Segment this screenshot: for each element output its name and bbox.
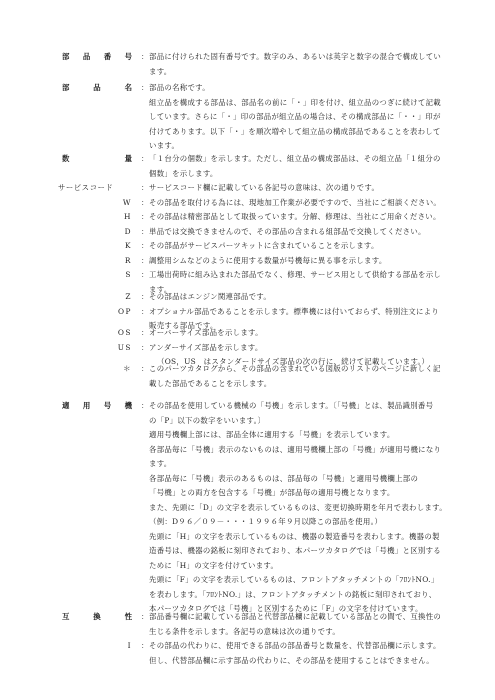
description: サービスコード欄に記載している各記号の意味は、次の通りです。 bbox=[149, 181, 484, 196]
code-label: OP bbox=[118, 305, 132, 320]
colon: ： bbox=[141, 239, 148, 254]
code-label: S bbox=[125, 268, 132, 283]
code-label: W bbox=[123, 196, 132, 211]
term-quantity: 数 量 bbox=[62, 152, 132, 167]
colon: ： bbox=[141, 50, 148, 65]
term-part-number: 部 品 番 号 bbox=[62, 50, 132, 65]
colon: ： bbox=[141, 399, 148, 414]
asterisk-marker: ＊ bbox=[123, 362, 132, 377]
colon: ： bbox=[141, 341, 148, 356]
code-label: US bbox=[118, 341, 132, 356]
term-part-name: 部 品 名 bbox=[62, 81, 132, 96]
colon: ： bbox=[141, 81, 148, 96]
code-label: H bbox=[124, 210, 132, 225]
colon: ： bbox=[141, 196, 148, 211]
code-label: OS bbox=[118, 326, 132, 341]
code-label: K bbox=[125, 239, 132, 254]
term-applicable-serial: 適 用 号 機 bbox=[62, 399, 132, 414]
description: その部品を使用している機械の「号機」を示します。〔「号機」とは、製品識別番号 の… bbox=[149, 399, 484, 617]
colon: ： bbox=[141, 268, 148, 283]
colon: ： bbox=[141, 639, 148, 654]
code-label: Z bbox=[125, 290, 132, 305]
code-label: D bbox=[125, 225, 132, 240]
description: 「１台分の個数」を示します。ただし、組立品の構成部品は、その組立品「１組分の 個… bbox=[149, 152, 484, 181]
colon: ： bbox=[141, 254, 148, 269]
code-label: R bbox=[125, 254, 132, 269]
colon: ： bbox=[141, 305, 148, 320]
description: 部品番号欄に記載している部品と代替部品欄に記載している部品との間で、互換性の 生… bbox=[149, 610, 484, 639]
colon: ： bbox=[141, 326, 148, 341]
colon: ： bbox=[141, 152, 148, 167]
colon: ： bbox=[141, 181, 148, 196]
document-page: 部 品 番 号 ： 部品に付けられた固有番号です。数字のみ、あるいは英字と数字の… bbox=[0, 0, 495, 700]
colon: ： bbox=[141, 290, 148, 305]
colon: ： bbox=[141, 610, 148, 625]
colon: ： bbox=[141, 225, 148, 240]
colon: ： bbox=[141, 210, 148, 225]
colon: ： bbox=[141, 362, 148, 377]
term-interchangeability: 互 換 性 bbox=[62, 610, 132, 625]
term-service-code: サービスコード bbox=[58, 181, 138, 196]
description: 部品の名称です。 組立品を構成する部品は、部品名の前に「・」印を付け、組立品のつ… bbox=[149, 81, 484, 154]
code-label: I bbox=[128, 639, 132, 654]
description: 部品に付けられた固有番号です。数字のみ、あるいは英字と数字の混合で構成してい ま… bbox=[149, 50, 484, 79]
